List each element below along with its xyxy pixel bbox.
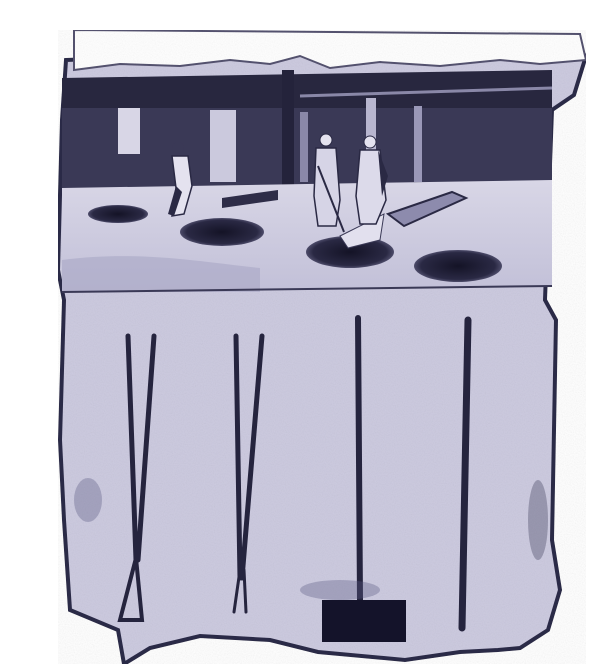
courtyard-scene [62,70,552,292]
pit-4 [414,250,502,282]
rod [358,318,360,600]
scraper-head [322,600,406,642]
pit-1 [88,205,148,223]
pit-2 [180,218,264,246]
engraving-artwork [0,0,616,672]
